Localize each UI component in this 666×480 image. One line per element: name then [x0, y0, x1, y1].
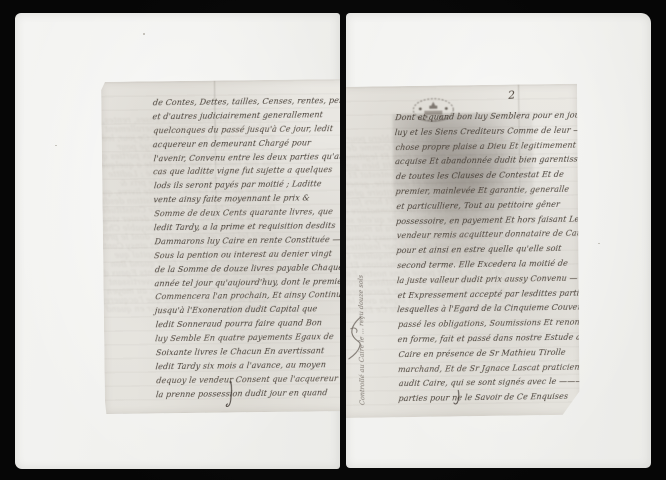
handwritten-line: parties pour ne le Savoir de Ce Enquises — [398, 389, 614, 407]
handwritten-line: la juste valleur dudit prix aussy Conven… — [396, 271, 612, 289]
handwritten-line: la prenne possession dudit jour en quand — [155, 385, 340, 401]
pen-stroke-mark — [225, 380, 235, 408]
dust-speck — [598, 243, 600, 244]
dust-speck — [55, 145, 57, 146]
handwritten-line: et particulliere, Tout au petitoire gêne… — [395, 197, 611, 215]
handwritten-text-right: Dont et quand bon luy Semblera pour en j… — [394, 108, 612, 407]
page-number: 2 — [508, 88, 516, 102]
scanner-background: de Contes, Dettes, tailles, Censes, rent… — [0, 0, 666, 480]
handwritten-line: Caire en présence de Sr Mathieu Tirolle — [398, 345, 614, 363]
handwritten-line: audit Caire, qui se sont signés avec le … — [398, 375, 614, 393]
handwritten-text-left: de Contes, Dettes, tailles, Censes, rent… — [152, 94, 340, 402]
dust-speck — [143, 33, 145, 35]
paraphe-flourish — [346, 315, 368, 361]
manuscript-page-left: de Contes, Dettes, tailles, Censes, rent… — [101, 79, 340, 414]
handwritten-line: en forme, fait et passé dans nostre Estu… — [397, 330, 613, 348]
manuscript-page-right: 2 Dont et quand bon luy Semblera pour en… — [346, 84, 582, 418]
handwritten-line: premier, mainlevée Et garantie, generall… — [395, 182, 611, 200]
scan-area-right: 2 Dont et quand bon luy Semblera pour en… — [346, 13, 651, 468]
handwritten-line: passé les obligations, Soumissions Et re… — [397, 315, 613, 333]
handwritten-line: second terme. Elle Excedera la moitié de — [396, 256, 612, 274]
handwritten-line: pour et ainsi en estre quelle qu'elle so… — [396, 241, 612, 259]
generalite-stamp-icon — [410, 96, 456, 124]
handwritten-line: de toutes les Clauses de Contestat Et de — [395, 167, 611, 185]
pen-stroke-mark — [452, 389, 461, 405]
scan-area-left: de Contes, Dettes, tailles, Censes, rent… — [15, 13, 340, 469]
